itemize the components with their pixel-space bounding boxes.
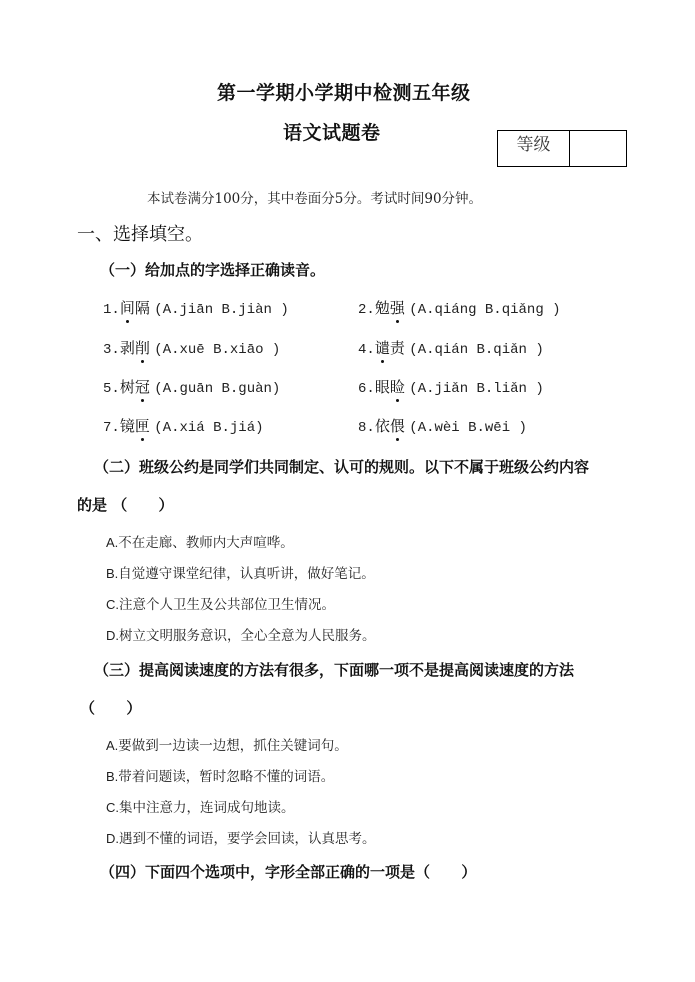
char: 责: [390, 339, 405, 357]
pinyin-item-1: 1.间隔 (A.jiān B.jiàn ): [103, 297, 289, 318]
option-text: 带着问题读，暂时忽略不懂的词语。: [118, 769, 334, 785]
option-letter: D.: [106, 831, 119, 846]
dotted-char: 冠: [135, 376, 150, 397]
question-3-option-d: D.遇到不懂的词语，要学会回读，认真思考。: [106, 827, 376, 847]
pinyin-options: (A.jiǎn B.liǎn ): [409, 381, 543, 397]
pinyin-options: (A.xiá B.jiá): [154, 420, 263, 436]
char: 剥: [120, 339, 135, 357]
pinyin-options: (A.guān B.guàn): [154, 381, 280, 397]
option-text: 不在走廊、教师内大声喧哗。: [118, 535, 294, 551]
item-number: 5.: [103, 381, 120, 397]
item-number: 1.: [103, 302, 120, 318]
pinyin-item-5: 5.树冠 (A.guān B.guàn): [103, 376, 280, 397]
question-3-title: （三）提高阅读速度的方法有很多，下面哪一项不是提高阅读速度的方法: [94, 659, 574, 680]
char: 隔: [135, 299, 150, 317]
pinyin-options: (A.jiān B.jiàn ): [154, 302, 288, 318]
dotted-char: 偎: [390, 415, 405, 436]
question-2-option-a: A.不在走廊、教师内大声喧哗。: [106, 531, 294, 551]
option-letter: D.: [106, 628, 119, 643]
char: 树: [120, 378, 135, 396]
dotted-char: 强: [390, 297, 405, 318]
section-title: 一、选择填空。: [77, 220, 203, 246]
option-text: 集中注意力，连词成句地读。: [119, 800, 295, 816]
item-number: 7.: [103, 420, 120, 436]
option-letter: A.: [106, 738, 118, 753]
dotted-char: 匣: [135, 415, 150, 436]
pinyin-item-8: 8.依偎 (A.wèi B.wēi ): [358, 415, 527, 436]
option-text: 自觉遵守课堂纪律，认真听讲，做好笔记。: [118, 566, 375, 582]
question-2-option-c: C.注意个人卫生及公共部位卫生情况。: [106, 593, 335, 613]
question-3-option-a: A.要做到一边读一边想，抓住关键词句。: [106, 734, 348, 754]
question-2-option-b: B.自觉遵守课堂纪律，认真听讲，做好笔记。: [106, 562, 375, 582]
option-text: 树立文明服务意识，全心全意为人民服务。: [119, 628, 376, 644]
dotted-char: 削: [135, 337, 150, 358]
question-2-title-cont: 的是 （ ）: [77, 494, 174, 515]
question-1-title: （一）给加点的字选择正确读音。: [100, 259, 325, 280]
option-letter: B.: [106, 566, 118, 581]
grade-label: 等级: [498, 131, 570, 166]
grade-box: 等级: [497, 130, 627, 167]
pinyin-options: (A.wèi B.wēi ): [409, 420, 527, 436]
pinyin-item-2: 2.勉强 (A.qiáng B.qiǎng ): [358, 297, 561, 318]
pinyin-options: (A.xuē B.xiāo ): [154, 342, 280, 358]
pinyin-item-7: 7.镜匣 (A.xiá B.jiá): [103, 415, 264, 436]
item-number: 4.: [358, 342, 375, 358]
exam-title: 第一学期小学期中检测五年级: [217, 78, 471, 105]
pinyin-item-3: 3.剥削 (A.xuē B.xiāo ): [103, 337, 280, 358]
item-number: 8.: [358, 420, 375, 436]
dotted-char: 谴: [375, 337, 390, 358]
char: 眼: [375, 378, 390, 396]
dotted-char: 睑: [390, 376, 405, 397]
option-text: 注意个人卫生及公共部位卫生情况。: [119, 597, 335, 613]
question-4-title: （四）下面四个选项中，字形全部正确的一项是（ ）: [100, 861, 476, 882]
question-2-title: （二）班级公约是同学们共同制定、认可的规则。以下不属于班级公约内容: [94, 456, 589, 477]
item-number: 3.: [103, 342, 120, 358]
question-3-option-c: C.集中注意力，连词成句地读。: [106, 796, 295, 816]
exam-subtitle: 语文试题卷: [283, 118, 381, 145]
option-text: 遇到不懂的词语，要学会回读，认真思考。: [119, 831, 376, 847]
question-3-option-b: B.带着问题读，暂时忽略不懂的词语。: [106, 765, 334, 785]
option-letter: A.: [106, 535, 118, 550]
option-letter: B.: [106, 769, 118, 784]
dotted-char: 间: [120, 297, 135, 318]
item-number: 6.: [358, 381, 375, 397]
char: 勉: [375, 299, 390, 317]
pinyin-options: (A.qiáng B.qiǎng ): [409, 302, 560, 318]
char: 镜: [120, 417, 135, 435]
option-letter: C.: [106, 597, 119, 612]
question-2-option-d: D.树立文明服务意识，全心全意为人民服务。: [106, 624, 376, 644]
pinyin-options: (A.qián B.qiǎn ): [409, 342, 543, 358]
option-text: 要做到一边读一边想，抓住关键词句。: [118, 738, 348, 754]
exam-intro: 本试卷满分100分，其中卷面分5分。考试时间90分钟。: [147, 187, 482, 207]
option-letter: C.: [106, 800, 119, 815]
char: 依: [375, 417, 390, 435]
pinyin-item-6: 6.眼睑 (A.jiǎn B.liǎn ): [358, 376, 544, 397]
question-3-title-cont: （ ）: [80, 697, 141, 718]
pinyin-item-4: 4.谴责 (A.qián B.qiǎn ): [358, 337, 544, 358]
item-number: 2.: [358, 302, 375, 318]
grade-value-field[interactable]: [570, 131, 626, 166]
